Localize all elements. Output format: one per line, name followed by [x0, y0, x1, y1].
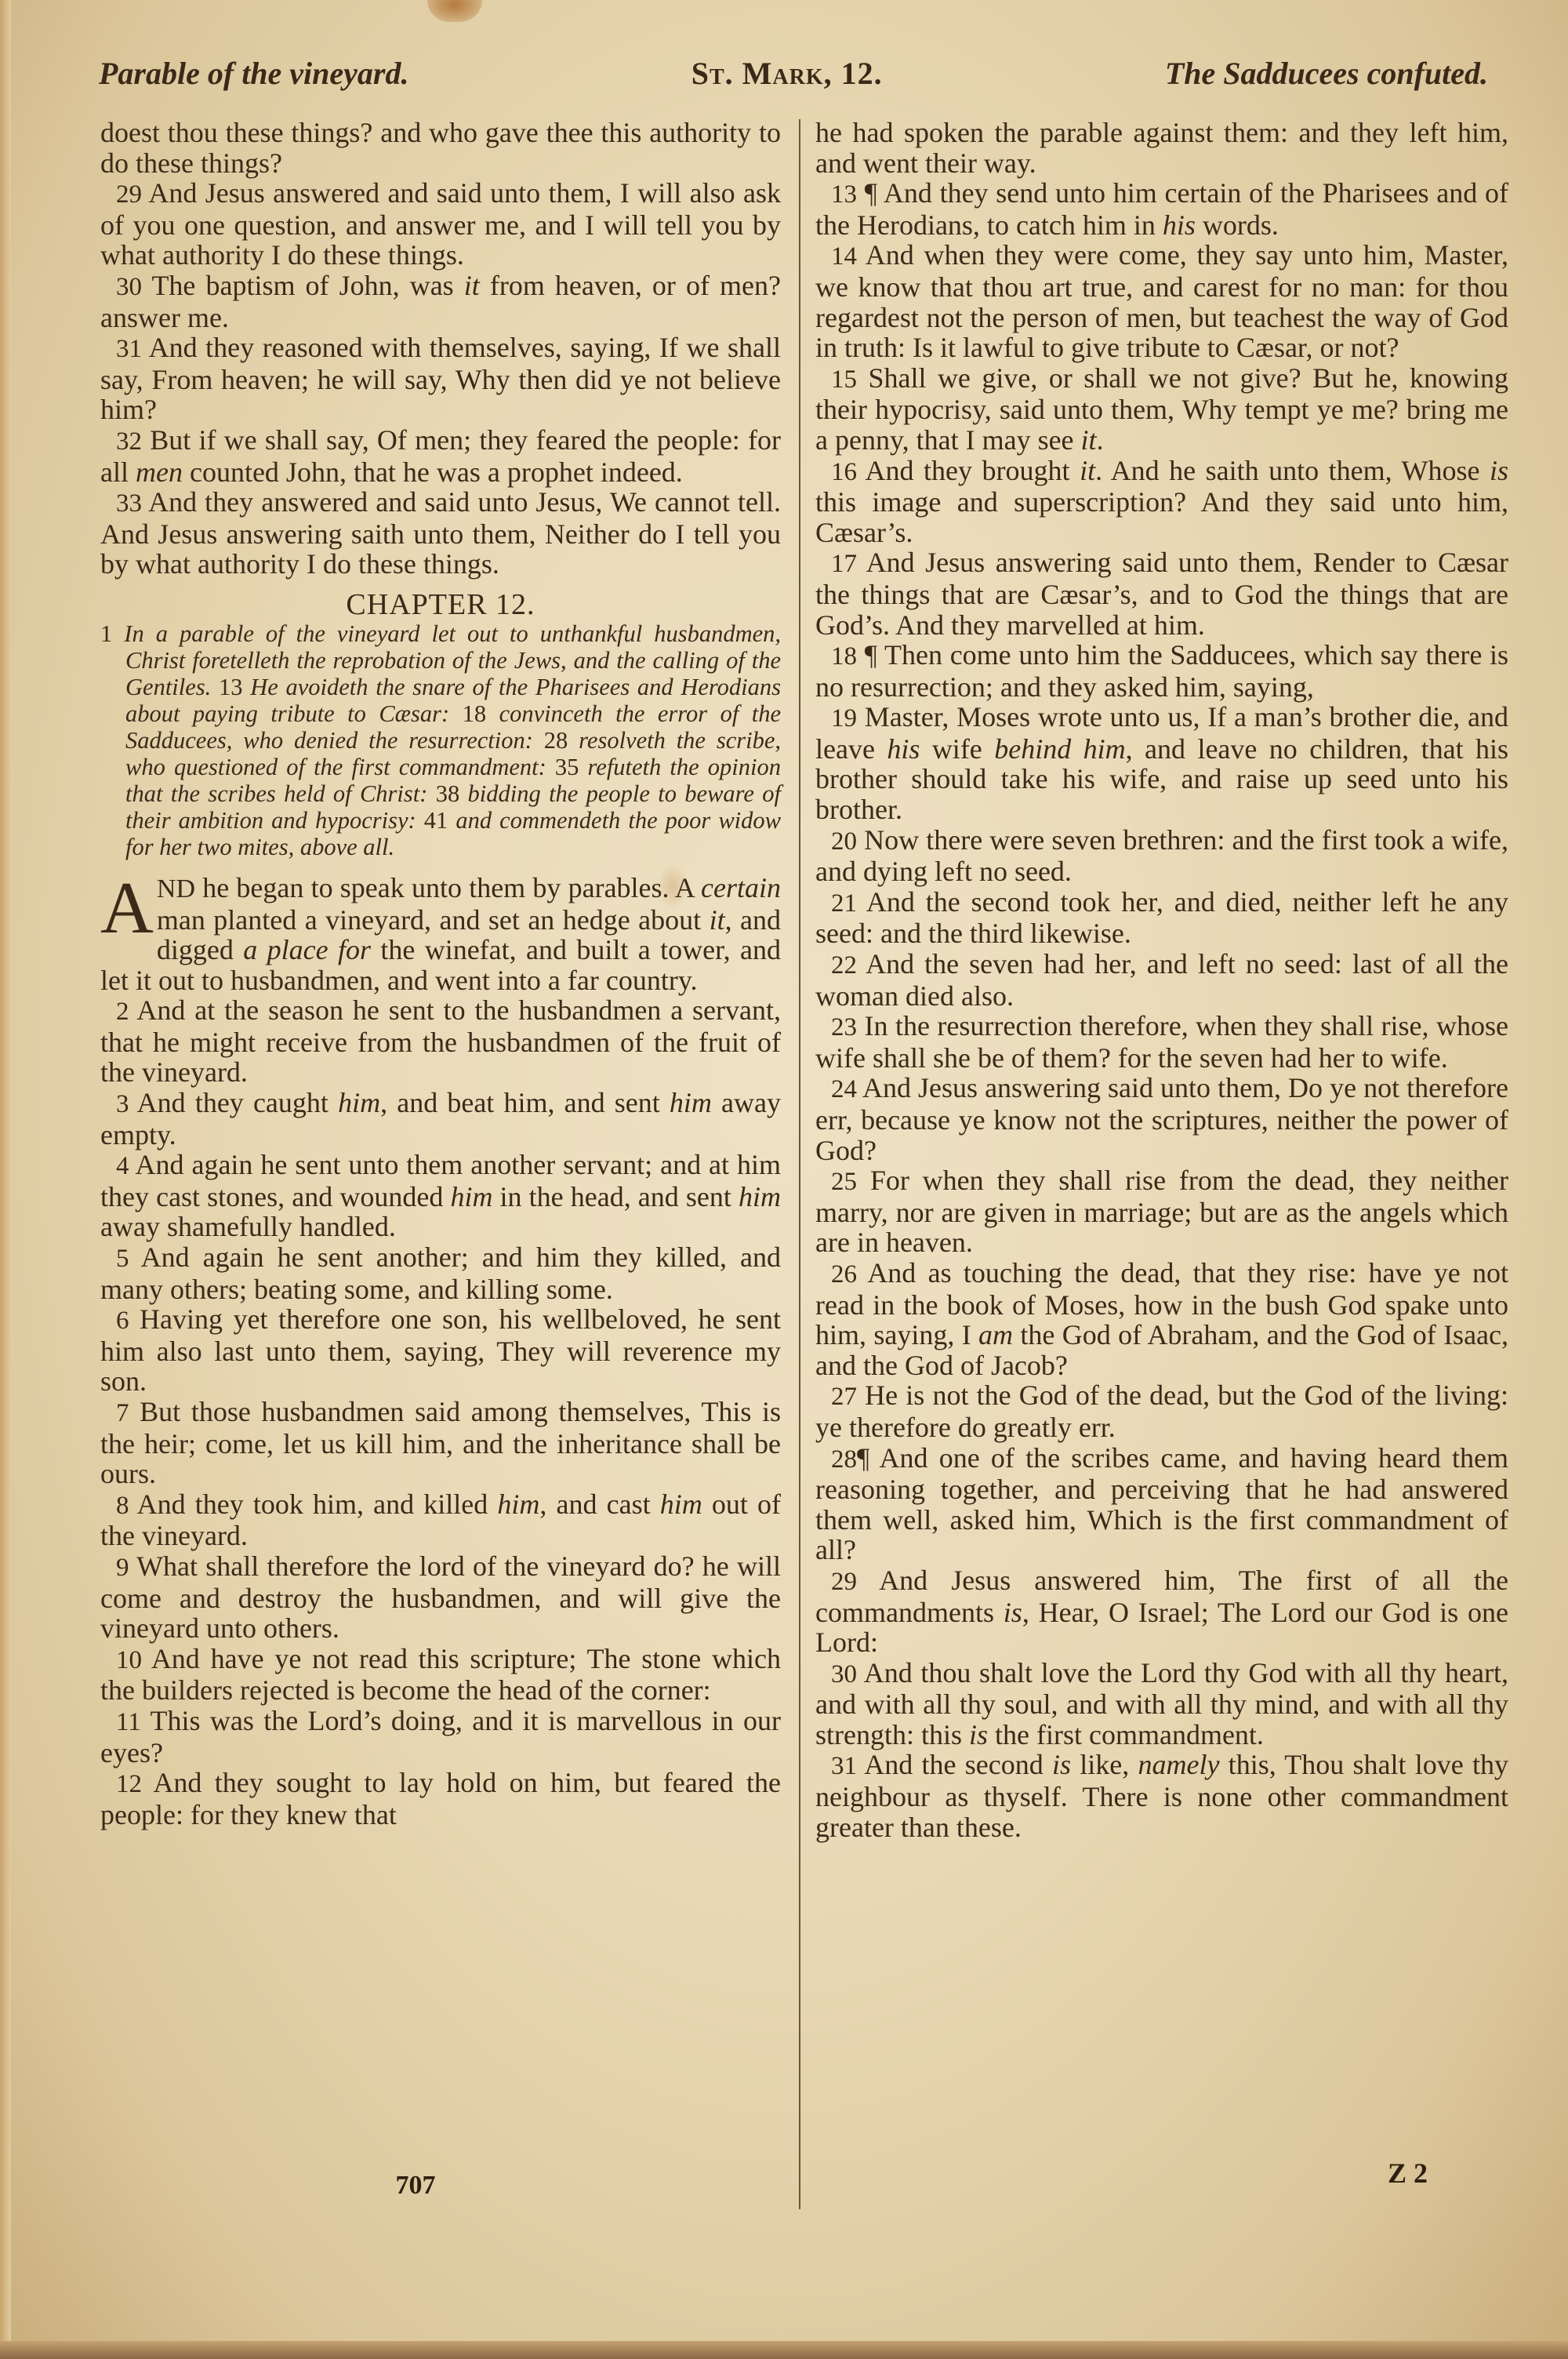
verse-continuation: doest thou these things? and who gave th… [100, 118, 781, 178]
verse: 31 And they reasoned with themselves, sa… [100, 333, 781, 425]
verse-number: 31 [116, 335, 142, 363]
verse: 27 He is not the God of the dead, but th… [815, 1380, 1508, 1442]
verse-text: Shall we give, or shall we not give? But… [815, 362, 1508, 456]
verse: 25 For when they shall rise from the dea… [815, 1165, 1508, 1258]
signature-mark: Z 2 [1388, 2157, 1450, 2190]
chapter-title: CHAPTER 12. [100, 589, 781, 620]
verse: 33 And they answered and said unto Jesus… [100, 487, 781, 580]
italic-word: a place for [243, 934, 371, 965]
summary-ref: 13 [219, 674, 243, 700]
verse-text: But those husbandmen said among themselv… [100, 1396, 781, 1489]
italic-word: am [978, 1319, 1013, 1350]
verse: 29 And Jesus answered him, The first of … [815, 1565, 1508, 1658]
page-gutter-edge [0, 0, 11, 2359]
verse-number: 23 [831, 1013, 857, 1041]
verse-number: 32 [116, 427, 142, 456]
italic-word: namely [1138, 1749, 1219, 1780]
verse-number: 13 [831, 180, 857, 209]
verse-number: 8 [116, 1492, 129, 1520]
italic-word: his [887, 733, 920, 765]
italic-word: is [1004, 1597, 1022, 1628]
verse-text: wife [920, 733, 994, 765]
running-head-left: Parable of the vineyard. [99, 55, 409, 92]
summary-ref: 38 [436, 780, 460, 807]
verse-text: And the second [864, 1749, 1052, 1780]
verse-text: this image and superscription? And they … [815, 486, 1508, 548]
verse: 14 And when they were come, they say unt… [815, 240, 1508, 362]
italic-word: men [136, 456, 183, 488]
verse: 7 But those husbandmen said among themse… [100, 1397, 781, 1489]
italic-word: it [464, 270, 480, 301]
verse-text: He is not the God of the dead, but the G… [815, 1379, 1508, 1443]
verse-text: And they answered and said unto Jesus, W… [100, 486, 781, 580]
verse: 16 And they brought it. And he saith unt… [815, 456, 1508, 548]
verse-text: Having yet therefore one son, his wellbe… [100, 1303, 781, 1397]
verse-number: 24 [831, 1075, 857, 1103]
verse-number: 7 [116, 1399, 129, 1427]
verse-number: 16 [831, 458, 857, 486]
verse-number: 29 [116, 180, 142, 209]
verse: 15 Shall we give, or shall we not give? … [815, 363, 1508, 456]
verse-text: he began to speak unto them by parables.… [195, 872, 701, 903]
chapter-summary: 1 In a parable of the vineyard let out t… [100, 620, 781, 860]
verse-text: And the second took her, and died, neith… [815, 886, 1508, 950]
verse: 28¶ And one of the scribes came, and hav… [815, 1443, 1508, 1565]
summary-ref: 28 [544, 727, 568, 754]
verse-text: away shamefully handled. [100, 1211, 396, 1242]
italic-word: it [1080, 455, 1095, 486]
verse-text: the first commandment. [988, 1719, 1264, 1750]
column-divider [799, 119, 800, 2209]
italic-word: is [1052, 1749, 1071, 1780]
verse-text: counted John, that he was a prophet inde… [183, 456, 683, 488]
verse: 10 And have ye not read this scripture; … [100, 1644, 781, 1706]
italic-word: him [670, 1087, 712, 1118]
verse: 9 What shall therefore the lord of the v… [100, 1551, 781, 1644]
verse: 29 And Jesus answered and said unto them… [100, 178, 781, 271]
verse: 17 And Jesus answering said unto them, R… [815, 547, 1508, 640]
italic-word: him [739, 1181, 781, 1212]
verse: 3 And they caught him, and beat him, and… [100, 1088, 781, 1150]
verse-text: And Jesus answering said unto them, Do y… [815, 1072, 1508, 1165]
verse-number: 21 [831, 889, 857, 918]
verse: 12 And they sought to lay hold on him, b… [100, 1768, 781, 1830]
verse-text: And have ye not read this scripture; The… [100, 1643, 781, 1707]
verse-number: 28 [831, 1445, 857, 1474]
verse: 11 This was the Lord’s doing, and it is … [100, 1706, 781, 1768]
verse-text: Now there were seven brethren: and the f… [815, 824, 1508, 888]
verse-text: And Jesus answered and said unto them, I… [100, 177, 781, 271]
verse: 21 And the second took her, and died, ne… [815, 887, 1508, 949]
verse-text: . And he saith unto them, Whose [1095, 455, 1490, 486]
book-page: Parable of the vineyard. St. Mark, 12. T… [0, 0, 1568, 2359]
verse-text: Then come unto him the Sadducees, which … [815, 639, 1508, 703]
italic-word: is [969, 1719, 988, 1750]
verse: 6 Having yet therefore one son, his well… [100, 1304, 781, 1397]
drop-cap: A [100, 879, 154, 937]
summary-ref: 18 [463, 700, 487, 727]
italic-word: behind him [994, 733, 1125, 765]
verse-number: 10 [116, 1646, 142, 1674]
verse: 22 And the seven had her, and left no se… [815, 949, 1508, 1011]
running-head-center: St. Mark, 12. [691, 55, 883, 92]
verse-number: 3 [116, 1090, 129, 1118]
right-column: he had spoken the parable against them: … [815, 118, 1508, 1842]
small-caps-text: ND [157, 874, 195, 903]
verse: 32 But if we shall say, Of men; they fea… [100, 425, 781, 487]
verse: 24 And Jesus answering said unto them, D… [815, 1073, 1508, 1165]
pilcrow-icon: ¶ [865, 639, 877, 671]
verse-text: The baptism of John, was [151, 270, 463, 301]
verse: 31 And the second is like, namely this, … [815, 1750, 1508, 1842]
verse-number: 33 [116, 489, 142, 518]
left-column: doest thou these things? and who gave th… [100, 118, 781, 1830]
verse-text: And at the season he sent to the husband… [100, 994, 781, 1088]
italic-word: is [1490, 455, 1508, 486]
verse-number: 18 [831, 642, 857, 671]
italic-word: certain [701, 872, 781, 903]
verse-number: 14 [831, 242, 857, 271]
verse-text: in the head, and sent [492, 1181, 739, 1212]
summary-ref: 1 [100, 620, 112, 647]
verse-number: 17 [831, 550, 857, 578]
page-bottom-edge [0, 2341, 1568, 2359]
italic-word: it [1081, 424, 1097, 456]
verse-text: , and cast [539, 1488, 659, 1520]
verse-text: And they reasoned with themselves, sayin… [100, 332, 781, 425]
verse-number: 15 [831, 365, 857, 394]
verse-text: For when they shall rise from the dead, … [815, 1165, 1508, 1258]
verse-number: 30 [116, 273, 142, 301]
verse-number: 26 [831, 1260, 857, 1289]
verse-text: And one of the scribes came, and having … [815, 1442, 1508, 1566]
italic-word: it [710, 904, 725, 936]
verse-number: 2 [116, 998, 129, 1026]
verse: 8 And they took him, and killed him, and… [100, 1489, 781, 1551]
verse-text: . [1097, 424, 1104, 456]
summary-ref: 41 [424, 807, 448, 834]
verse: 4 And again he sent unto them another se… [100, 1150, 781, 1242]
verse-text: words. [1196, 209, 1279, 241]
verse: 23 In the resurrection therefore, when t… [815, 1011, 1508, 1073]
verse-text: like, [1071, 1749, 1138, 1780]
verse-text: What shall therefore the lord of the vin… [100, 1550, 781, 1644]
stain-mark [427, 0, 482, 22]
verse: 26 And as touching the dead, that they r… [815, 1258, 1508, 1380]
verse: 30 And thou shalt love the Lord thy God … [815, 1658, 1508, 1750]
summary-ref: 35 [555, 754, 579, 780]
verse-number: 12 [116, 1770, 142, 1798]
verse: 30 The baptism of John, was it from heav… [100, 271, 781, 333]
verse: 18 ¶ Then come unto him the Sadducees, w… [815, 640, 1508, 702]
verse: 20 Now there were seven brethren: and th… [815, 825, 1508, 887]
verse-text: And when they were come, they say unto h… [815, 239, 1508, 363]
verse-text: In the resurrection therefore, when they… [815, 1010, 1508, 1074]
verse: 19 Master, Moses wrote unto us, If a man… [815, 702, 1508, 824]
running-head: Parable of the vineyard. St. Mark, 12. T… [99, 55, 1488, 94]
verse-text: And they caught [137, 1087, 338, 1118]
verse-text: And again he sent another; and him they … [100, 1241, 781, 1305]
verse: 13 ¶ And they send unto him certain of t… [815, 178, 1508, 240]
verse-number: 11 [116, 1708, 141, 1736]
italic-word: him [450, 1181, 492, 1212]
running-head-right: The Sadducees confuted. [1165, 55, 1488, 92]
verse-text: And the seven had her, and left no seed:… [815, 948, 1508, 1012]
verse-text: And Jesus answering said unto them, Rend… [815, 547, 1508, 640]
verse-number: 20 [831, 827, 857, 856]
verse-continuation: he had spoken the parable against them: … [815, 118, 1508, 178]
verse-text: man planted a vineyard, and set an hedge… [157, 904, 710, 936]
pilcrow-icon: ¶ [865, 177, 877, 209]
italic-word: him [338, 1087, 380, 1118]
verse-number: 29 [831, 1568, 857, 1596]
verse-1: AND he began to speak unto them by parab… [100, 873, 781, 995]
verse-number: 9 [116, 1554, 129, 1582]
verse: 2 And at the season he sent to the husba… [100, 995, 781, 1088]
verse-number: 4 [116, 1152, 129, 1180]
italic-word: him [497, 1488, 539, 1520]
verse-text: , and beat him, and sent [380, 1087, 670, 1118]
verse-text: This was the Lord’s doing, and it is mar… [100, 1705, 781, 1768]
verse-number: 5 [116, 1245, 129, 1273]
italic-word: his [1163, 209, 1196, 241]
pilcrow-icon: ¶ [857, 1442, 869, 1474]
verse-number: 31 [831, 1752, 857, 1780]
page-number: 707 [376, 2171, 455, 2201]
verse-text: And they took him, and killed [137, 1488, 498, 1520]
verse: 5 And again he sent another; and him the… [100, 1242, 781, 1304]
verse-text: And they brought [866, 455, 1080, 486]
verse-number: 19 [831, 704, 857, 732]
verse-number: 30 [831, 1660, 857, 1688]
verse-number: 22 [831, 951, 857, 980]
italic-word: him [660, 1488, 702, 1520]
verse-number: 25 [831, 1168, 857, 1196]
verse-text: And they sought to lay hold on him, but … [100, 1767, 781, 1830]
verse-number: 27 [831, 1383, 857, 1411]
verse-number: 6 [116, 1307, 129, 1335]
